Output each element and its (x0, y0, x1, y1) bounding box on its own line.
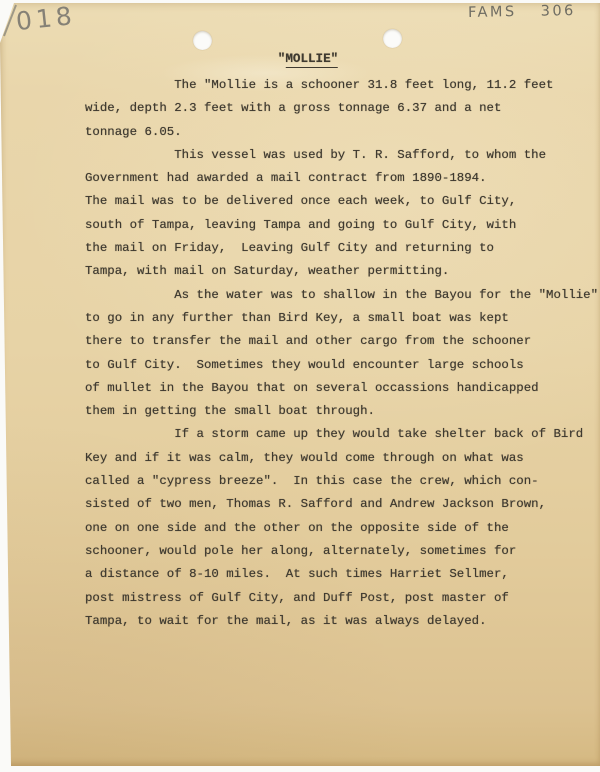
text-line: Tampa, with mail on Saturday, weather pe… (85, 260, 598, 283)
punch-hole-right (383, 29, 402, 48)
text-line: a distance of 8-10 miles. At such times … (85, 563, 598, 586)
text-line: to Gulf City. Sometimes they would encou… (85, 354, 598, 377)
title-text: MOLLIE" (285, 52, 338, 68)
text-line: one on one side and the other on the opp… (85, 517, 598, 540)
typed-text-block: The "Mollie is a schooner 31.8 feet long… (85, 74, 598, 633)
punch-hole-left (193, 31, 212, 50)
text-line: there to transfer the mail and other car… (85, 330, 598, 353)
text-line: tonnage 6.05. (85, 121, 598, 144)
text-line: schooner, would pole her along, alternat… (85, 540, 598, 563)
text-line: As the water was to shallow in the Bayou… (85, 284, 598, 307)
text-line: south of Tampa, leaving Tampa and going … (85, 214, 598, 237)
text-line: Key and if it was calm, they would come … (85, 447, 598, 470)
text-line: them in getting the small boat through. (85, 400, 598, 423)
handwritten-page-number: 018 (15, 1, 77, 36)
text-line: to go in any further than Bird Key, a sm… (85, 307, 598, 330)
archive-number: 306 (541, 3, 576, 20)
text-line: post mistress of Gulf City, and Duff Pos… (85, 587, 598, 610)
archive-mark: FAMS 306 (468, 3, 576, 21)
text-line: If a storm came up they would take shelt… (85, 423, 598, 446)
text-line: sisted of two men, Thomas R. Safford and… (85, 493, 598, 516)
text-line: Tampa, to wait for the mail, as it was a… (85, 610, 598, 633)
text-line: called a "cypress breeze". In this case … (85, 470, 598, 493)
text-line: of mullet in the Bayou that on several o… (85, 377, 598, 400)
text-line: The "Mollie is a schooner 31.8 feet long… (85, 74, 598, 97)
text-line: the mail on Friday, Leaving Gulf City an… (85, 237, 598, 260)
document-title: "MOLLIE" (278, 52, 338, 66)
scanned-page-background: 018 FAMS 306 "MOLLIE" The "Mollie is a s… (0, 0, 600, 772)
archive-code: FAMS (468, 4, 517, 21)
text-line: Government had awarded a mail contract f… (85, 167, 598, 190)
text-line: wide, depth 2.3 feet with a gross tonnag… (85, 97, 598, 120)
title-open-quote: " (278, 52, 286, 66)
text-line: The mail was to be delivered once each w… (85, 190, 598, 213)
text-line: This vessel was used by T. R. Safford, t… (85, 144, 598, 167)
